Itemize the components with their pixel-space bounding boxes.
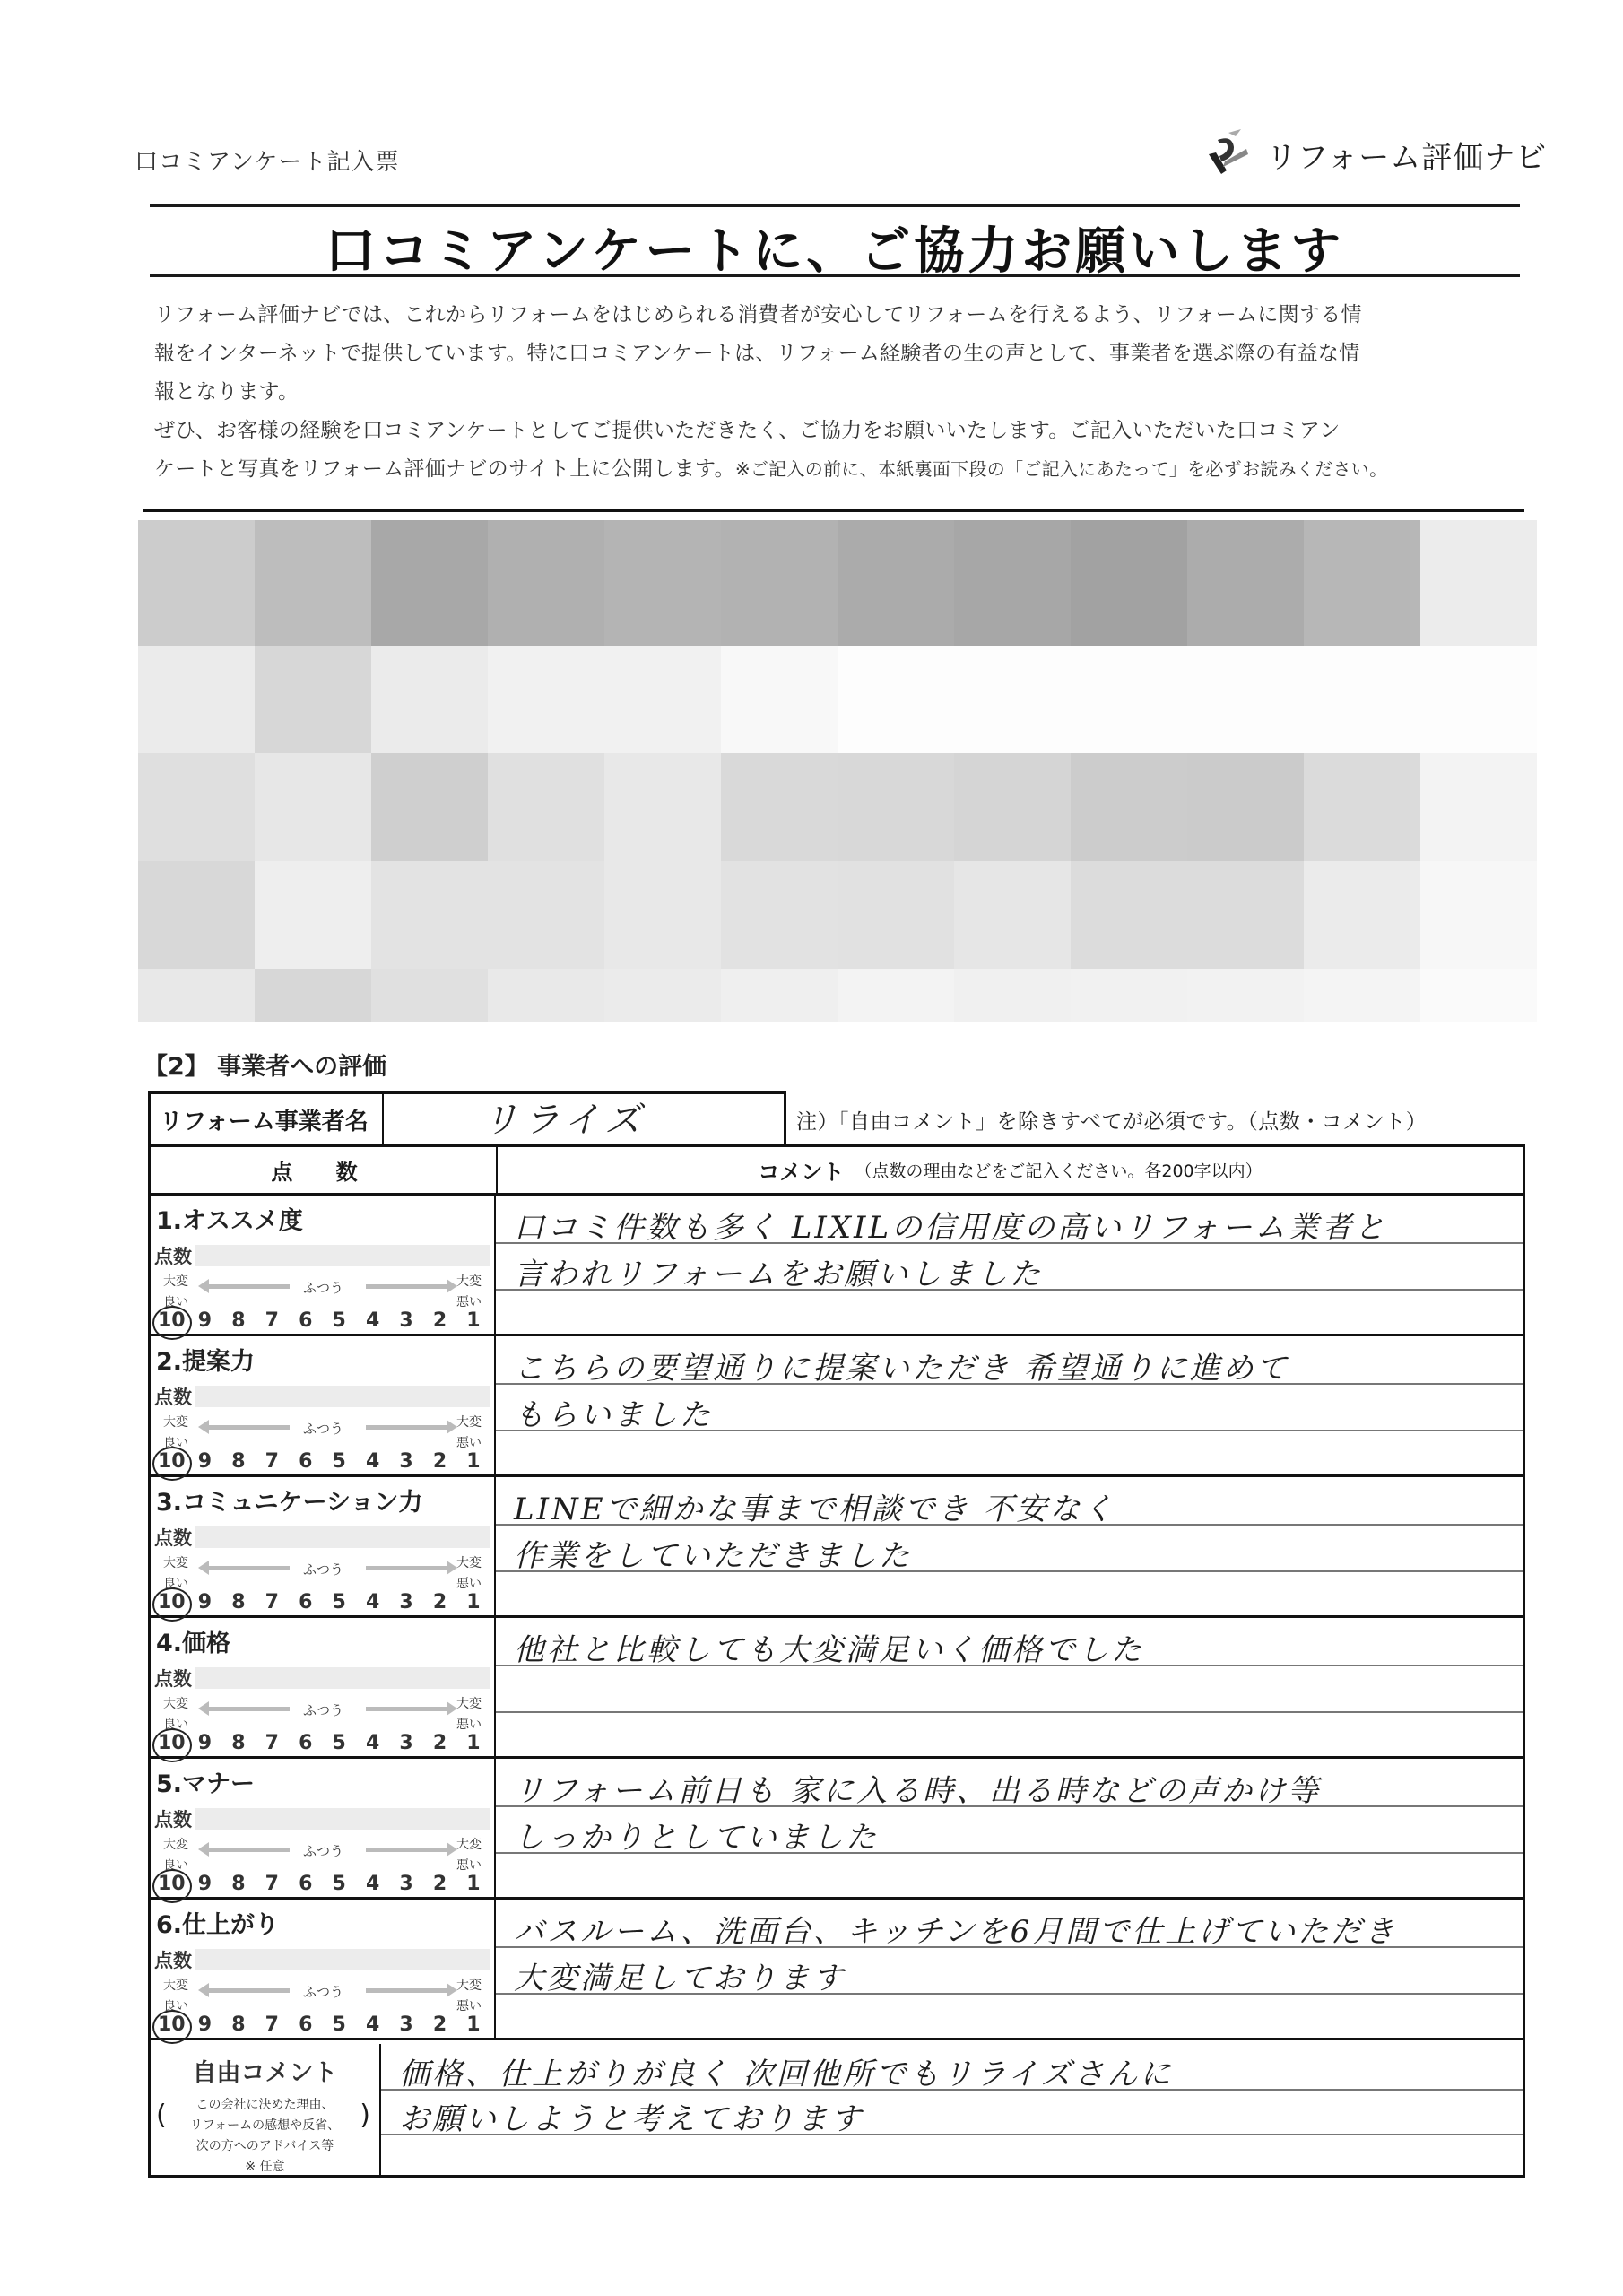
mosaic-tile (1071, 753, 1187, 861)
score-option[interactable]: 8 (225, 2013, 252, 2036)
company-name-box: リフォーム事業者名 リライズ (148, 1091, 786, 1144)
score-option[interactable]: 6 (292, 1732, 319, 1754)
score-option[interactable]: 1 (460, 1591, 487, 1613)
score-option[interactable]: 4 (360, 1591, 386, 1613)
score-option[interactable]: 9 (191, 1591, 218, 1613)
score-option[interactable]: 5 (325, 1732, 352, 1754)
handwritten-line: バスルーム、洗面台、キッチンを6月間で仕上げていただき (514, 1907, 1397, 1951)
scale-right-label: 悪い (456, 1292, 482, 1310)
logo-mark-icon (1202, 127, 1254, 181)
mosaic-tile (954, 520, 1071, 646)
page-title: 口コミアンケートに、ご協力お願いします (150, 212, 1520, 283)
mosaic-tile (1071, 520, 1187, 646)
score-option[interactable]: 3 (393, 1873, 420, 1895)
mosaic-tile (255, 646, 371, 753)
section-divider (143, 509, 1524, 512)
handwritten-line: こちらの要望通りに提案いただき 希望通りに進めて (514, 1344, 1289, 1387)
scale-right-label: 大変 (456, 1976, 482, 1994)
mosaic-tile (604, 753, 721, 861)
question-title: 5.マナー (156, 1764, 255, 1799)
points-label: 点数 (154, 1665, 192, 1692)
comment-header-label: コメント (758, 1154, 844, 1186)
mosaic-tile (255, 969, 371, 1022)
mosaic-tile (604, 646, 721, 753)
scale-center-label: ふつう (303, 1982, 343, 2001)
scale-left-label: 大変 (163, 1835, 188, 1853)
score-cell: 1.オススメ度 点数 大変 良い ふつう 大変 悪い 10987654321 (151, 1196, 496, 1334)
score-option[interactable]: 2 (427, 1591, 454, 1613)
mosaic-tile (488, 969, 604, 1022)
scale-center-label: ふつう (303, 1560, 343, 1578)
evaluation-table: 点 数 コメント （点数の理由などをご記入ください。各200字以内） 1.オスス… (148, 1144, 1525, 2178)
free-desc-line: この会社に決めた理由、 (151, 2095, 379, 2116)
score-scale: 10987654321 (158, 1309, 487, 1332)
score-option[interactable]: 10 (158, 1732, 185, 1754)
score-option[interactable]: 1 (460, 1732, 487, 1754)
score-band (195, 1526, 490, 1548)
score-option[interactable]: 7 (258, 2013, 285, 2036)
points-label: 点数 (154, 1805, 192, 1832)
score-option[interactable]: 1 (460, 1309, 487, 1332)
mosaic-tile (1071, 861, 1187, 969)
mosaic-tile (838, 861, 954, 969)
score-header: 点 数 (151, 1147, 498, 1193)
intro-line: 報をインターネットで提供しています。特に口コミアンケートは、リフォーム経験者の生… (154, 335, 1526, 373)
score-scale: 10987654321 (158, 1732, 487, 1754)
score-option[interactable]: 7 (258, 1873, 285, 1895)
company-name-label: リフォーム事業者名 (151, 1094, 384, 1144)
score-option[interactable]: 6 (292, 1309, 319, 1332)
mosaic-tile (1187, 753, 1304, 861)
arrow-left-icon (209, 1284, 290, 1289)
scale-right-label: 大変 (456, 1553, 482, 1571)
handwritten-line: リフォーム前日も 家に入る時、出る時などの声かけ等 (514, 1766, 1321, 1810)
scale-left-label: 大変 (163, 1694, 188, 1712)
company-name-field[interactable]: リライズ (384, 1094, 784, 1144)
mosaic-tile (371, 969, 488, 1022)
mosaic-tile (1187, 520, 1304, 646)
score-cell: 6.仕上がり 点数 大変 良い ふつう 大変 悪い 10987654321 (151, 1900, 496, 2038)
score-option[interactable]: 3 (393, 1309, 420, 1332)
score-option[interactable]: 5 (325, 2013, 352, 2036)
score-option[interactable]: 10 (158, 1873, 185, 1895)
score-option[interactable]: 8 (225, 1591, 252, 1613)
score-option[interactable]: 4 (360, 1450, 386, 1473)
mosaic-tile (255, 520, 371, 646)
evaluation-row: 4.価格 点数 大変 良い ふつう 大変 悪い 10987654321 他社と比… (151, 1618, 1523, 1759)
mosaic-tile (488, 753, 604, 861)
table-header: 点 数 コメント （点数の理由などをご記入ください。各200字以内） (151, 1147, 1523, 1196)
handwritten-line: しっかりとしていました (514, 1813, 879, 1857)
arrow-right-icon (366, 1988, 447, 1993)
score-option[interactable]: 10 (158, 2013, 185, 2036)
form-label: 口コミアンケート記入票 (135, 143, 399, 177)
score-option[interactable]: 2 (427, 1450, 454, 1473)
evaluation-row: 5.マナー 点数 大変 良い ふつう 大変 悪い 10987654321 リフォ… (151, 1759, 1523, 1900)
scale-center-label: ふつう (303, 1278, 343, 1297)
mosaic-tile (1187, 861, 1304, 969)
mosaic-tile (371, 861, 488, 969)
score-band (195, 1245, 490, 1266)
arrow-right-icon (366, 1707, 447, 1711)
free-comment-title: 自由コメント (151, 2053, 379, 2088)
scale-left-label: 大変 (163, 1413, 188, 1431)
intro-text: リフォーム評価ナビでは、これからリフォームをはじめられる消費者が安心してリフォー… (154, 296, 1526, 489)
arrow-left-icon (209, 1566, 290, 1570)
mosaic-tile (838, 520, 954, 646)
mosaic-tile (371, 646, 488, 753)
mosaic-tile (138, 753, 255, 861)
section-title: 【2】 事業者への評価 (143, 1047, 386, 1082)
score-option[interactable]: 4 (360, 2013, 386, 2036)
intro-line: ぜひ、お客様の経験を口コミアンケートとしてご提供いただきたく、ご協力をお願いいた… (154, 412, 1526, 450)
mosaic-tile (721, 969, 838, 1022)
score-option[interactable]: 10 (158, 1309, 185, 1332)
free-comment-label: 自由コメント この会社に決めた理由、 リフォームの感想や反省、 次の方へのアドバ… (151, 2044, 381, 2175)
mosaic-tile (1187, 646, 1304, 753)
score-option[interactable]: 3 (393, 2013, 420, 2036)
score-option[interactable]: 8 (225, 1450, 252, 1473)
scale-center-label: ふつう (303, 1700, 343, 1719)
handwritten-line: もらいました (514, 1390, 713, 1434)
evaluation-row: 2.提案力 点数 大変 良い ふつう 大変 悪い 10987654321 こちら… (151, 1336, 1523, 1477)
question-title: 6.仕上がり (156, 1905, 279, 1940)
score-option[interactable]: 10 (158, 1591, 185, 1613)
mosaic-tile (138, 969, 255, 1022)
intro-line: リフォーム評価ナビでは、これからリフォームをはじめられる消費者が安心してリフォー… (154, 296, 1526, 335)
score-scale: 10987654321 (158, 1450, 487, 1473)
score-option[interactable]: 5 (325, 1309, 352, 1332)
evaluation-row: 3.コミュニケーション力 点数 大変 良い ふつう 大変 悪い 10987654… (151, 1477, 1523, 1618)
scale-left-label: 大変 (163, 1272, 188, 1290)
points-label: 点数 (154, 1383, 192, 1410)
scale-center-label: ふつう (303, 1841, 343, 1860)
score-option[interactable]: 4 (360, 1309, 386, 1332)
score-scale: 10987654321 (158, 2013, 487, 2036)
score-option[interactable]: 2 (427, 1309, 454, 1332)
score-option[interactable]: 9 (191, 1450, 218, 1473)
handwritten-line: 大変満足しております (514, 1953, 846, 1997)
score-option[interactable]: 7 (258, 1591, 285, 1613)
mosaic-tile (1187, 969, 1304, 1022)
points-label: 点数 (154, 1524, 192, 1551)
scale-right-label: 悪い (456, 1715, 482, 1733)
score-option[interactable]: 1 (460, 1450, 487, 1473)
mosaic-tile (1071, 646, 1187, 753)
score-cell: 3.コミュニケーション力 点数 大変 良い ふつう 大変 悪い 10987654… (151, 1477, 496, 1615)
score-option[interactable]: 2 (427, 1732, 454, 1754)
paren-right: ) (360, 2100, 370, 2131)
mosaic-tile (488, 646, 604, 753)
required-note: 注）「自由コメント」を除きすべてが必須です。（点数・コメント） (796, 1105, 1427, 1135)
comment-field[interactable]: 口コミ件数も多く LIXILの信用度の高いリフォーム業者と 言われリフォームをお… (496, 1196, 1523, 1334)
score-option[interactable]: 6 (292, 2013, 319, 2036)
score-option[interactable]: 8 (225, 1309, 252, 1332)
mosaic-tile (1304, 520, 1420, 646)
intro-line-part: ケートと写真をリフォーム評価ナビのサイト上に公開します。 (154, 457, 735, 481)
evaluation-row: 1.オススメ度 点数 大変 良い ふつう 大変 悪い 10987654321 口… (151, 1196, 1523, 1336)
mosaic-tile (138, 861, 255, 969)
mosaic-tile (1420, 861, 1537, 969)
score-option[interactable]: 5 (325, 1450, 352, 1473)
arrow-right-icon (366, 1284, 447, 1289)
mosaic-tile (138, 646, 255, 753)
handwritten-line: LINEで細かな事まで相談でき 不安なく (514, 1484, 1115, 1528)
score-option[interactable]: 5 (325, 1591, 352, 1613)
score-option[interactable]: 9 (191, 2013, 218, 2036)
evaluation-row: 6.仕上がり 点数 大変 良い ふつう 大変 悪い 10987654321 バス… (151, 1900, 1523, 2040)
score-scale: 10987654321 (158, 1873, 487, 1895)
score-option[interactable]: 3 (393, 1591, 420, 1613)
score-band (195, 1949, 490, 1970)
optional-label: ※ 任意 (151, 2157, 379, 2178)
mosaic-tile (1420, 753, 1537, 861)
mosaic-tile (838, 646, 954, 753)
intro-notice: ※ご記入の前に、本紙裏面下段の「ご記入にあたって」を必ずお読みください。 (735, 458, 1388, 480)
score-option[interactable]: 5 (325, 1873, 352, 1895)
score-option[interactable]: 2 (427, 1873, 454, 1895)
comment-field[interactable]: リフォーム前日も 家に入る時、出る時などの声かけ等 しっかりとしていました (496, 1759, 1523, 1897)
title-rule-top (150, 204, 1520, 207)
free-comment-field[interactable]: 価格、仕上がりが良く 次回他所でもリライズさんに お願いしようと考えております (381, 2044, 1523, 2175)
score-option[interactable]: 8 (225, 1873, 252, 1895)
scale-right-label: 悪い (456, 1574, 482, 1592)
logo-text: リフォーム評価ナビ (1266, 133, 1547, 177)
mosaic-tile (604, 861, 721, 969)
comment-field[interactable]: こちらの要望通りに提案いただき 希望通りに進めて もらいました (496, 1336, 1523, 1474)
score-option[interactable]: 8 (225, 1732, 252, 1754)
score-option[interactable]: 9 (191, 1873, 218, 1895)
scale-right-label: 悪い (456, 1856, 482, 1874)
intro-line: ケートと写真をリフォーム評価ナビのサイト上に公開します。※ご記入の前に、本紙裏面… (154, 450, 1526, 489)
score-option[interactable]: 3 (393, 1450, 420, 1473)
score-cell: 4.価格 点数 大変 良い ふつう 大変 悪い 10987654321 (151, 1618, 496, 1756)
mosaic-tile (138, 520, 255, 646)
redacted-mosaic (138, 520, 1537, 1022)
score-cell: 2.提案力 点数 大変 良い ふつう 大変 悪い 10987654321 (151, 1336, 496, 1474)
score-option[interactable]: 6 (292, 1591, 319, 1613)
handwritten-line: 価格、仕上がりが良く 次回他所でもリライズさんに (399, 2049, 1173, 2093)
handwritten-line: お願いしようと考えております (399, 2094, 864, 2138)
comment-field[interactable]: バスルーム、洗面台、キッチンを6月間で仕上げていただき 大変満足しております (496, 1900, 1523, 2038)
mosaic-tile (954, 861, 1071, 969)
score-band (195, 1386, 490, 1407)
mosaic-tile (604, 520, 721, 646)
scale-right-label: 大変 (456, 1413, 482, 1431)
comment-header: コメント （点数の理由などをご記入ください。各200字以内） (498, 1147, 1523, 1193)
handwritten-line: 他社と比較しても大変満足いく価格でした (514, 1625, 1144, 1669)
scale-right-label: 大変 (456, 1835, 482, 1853)
mosaic-tile (721, 861, 838, 969)
score-option[interactable]: 6 (292, 1450, 319, 1473)
score-band (195, 1808, 490, 1830)
score-option[interactable]: 2 (427, 2013, 454, 2036)
scale-center-label: ふつう (303, 1419, 343, 1438)
free-comment-row: 自由コメント この会社に決めた理由、 リフォームの感想や反省、 次の方へのアドバ… (151, 2044, 1523, 2175)
mosaic-tile (255, 861, 371, 969)
question-title: 3.コミュニケーション力 (156, 1483, 422, 1518)
free-desc-line: リフォームの感想や反省、 (151, 2116, 379, 2136)
score-option[interactable]: 6 (292, 1873, 319, 1895)
score-option[interactable]: 7 (258, 1450, 285, 1473)
mosaic-tile (721, 753, 838, 861)
free-comment-desc: この会社に決めた理由、 リフォームの感想や反省、 次の方へのアドバイス等 ※ 任… (151, 2095, 379, 2178)
mosaic-tile (1420, 646, 1537, 753)
mosaic-tile (488, 520, 604, 646)
handwritten-line: 作業をしていただきました (514, 1531, 912, 1575)
title-rule-bottom (150, 274, 1520, 277)
score-band (195, 1667, 490, 1689)
points-label: 点数 (154, 1946, 192, 1973)
score-option[interactable]: 9 (191, 1732, 218, 1754)
scale-right-label: 悪い (456, 1433, 482, 1451)
question-title: 2.提案力 (156, 1342, 255, 1377)
mosaic-tile (1420, 520, 1537, 646)
score-option[interactable]: 3 (393, 1732, 420, 1754)
score-option[interactable]: 1 (460, 1873, 487, 1895)
mosaic-tile (1071, 969, 1187, 1022)
score-option[interactable]: 4 (360, 1873, 386, 1895)
scale-left-label: 大変 (163, 1976, 188, 1994)
arrow-right-icon (366, 1848, 447, 1852)
mosaic-tile (721, 520, 838, 646)
mosaic-tile (371, 520, 488, 646)
handwritten-line: 口コミ件数も多く LIXILの信用度の高いリフォーム業者と (514, 1203, 1387, 1247)
arrow-left-icon (209, 1707, 290, 1711)
arrow-right-icon (366, 1566, 447, 1570)
intro-line: 報となります。 (154, 373, 1526, 412)
free-desc-line: 次の方へのアドバイス等 (151, 2136, 379, 2157)
arrow-left-icon (209, 1848, 290, 1852)
comment-field[interactable]: LINEで細かな事まで相談でき 不安なく 作業をしていただきました (496, 1477, 1523, 1615)
mosaic-tile (488, 861, 604, 969)
score-option[interactable]: 1 (460, 2013, 487, 2036)
mosaic-tile (954, 646, 1071, 753)
mosaic-tile (721, 646, 838, 753)
mosaic-tile (1304, 646, 1420, 753)
score-cell: 5.マナー 点数 大変 良い ふつう 大変 悪い 10987654321 (151, 1759, 496, 1897)
logo: リフォーム評価ナビ (1202, 127, 1547, 181)
question-title: 4.価格 (156, 1623, 230, 1658)
arrow-left-icon (209, 1425, 290, 1430)
mosaic-tile (255, 753, 371, 861)
mosaic-tile (1304, 969, 1420, 1022)
mosaic-tile (604, 969, 721, 1022)
comment-header-sub: （点数の理由などをご記入ください。各200字以内） (855, 1158, 1262, 1182)
scale-right-label: 悪い (456, 1996, 482, 2014)
score-option[interactable]: 7 (258, 1309, 285, 1332)
mosaic-tile (954, 969, 1071, 1022)
ruled-line (496, 1711, 1523, 1713)
mosaic-tile (954, 753, 1071, 861)
score-option[interactable]: 7 (258, 1732, 285, 1754)
score-scale: 10987654321 (158, 1591, 487, 1613)
mosaic-tile (1304, 861, 1420, 969)
scale-right-label: 大変 (456, 1272, 482, 1290)
question-title: 1.オススメ度 (156, 1201, 303, 1236)
score-option[interactable]: 9 (191, 1309, 218, 1332)
mosaic-tile (838, 969, 954, 1022)
score-option[interactable]: 4 (360, 1732, 386, 1754)
handwritten-line: 言われリフォームをお願いしました (514, 1249, 1043, 1293)
mosaic-tile (371, 753, 488, 861)
mosaic-tile (1420, 969, 1537, 1022)
points-label: 点数 (154, 1242, 192, 1269)
mosaic-tile (838, 753, 954, 861)
arrow-left-icon (209, 1988, 290, 1993)
scale-right-label: 大変 (456, 1694, 482, 1712)
score-option[interactable]: 10 (158, 1450, 185, 1473)
scale-left-label: 大変 (163, 1553, 188, 1571)
mosaic-tile (1304, 753, 1420, 861)
comment-field[interactable]: 他社と比較しても大変満足いく価格でした (496, 1618, 1523, 1756)
paren-left: ( (156, 2100, 167, 2131)
arrow-right-icon (366, 1425, 447, 1430)
